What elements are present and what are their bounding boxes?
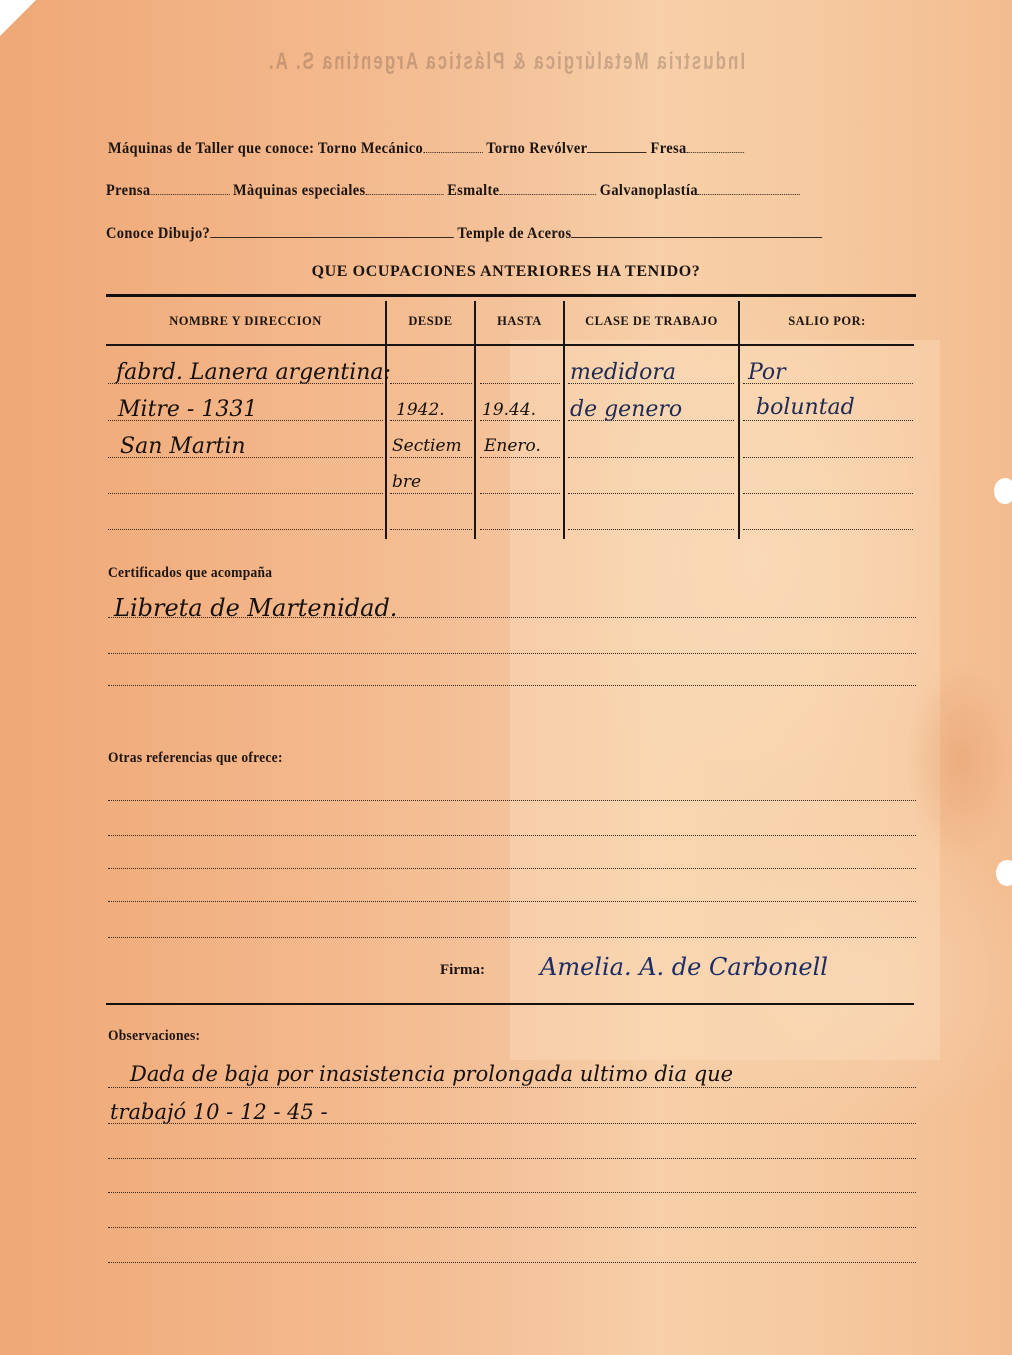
references-line[interactable] [108, 901, 916, 902]
signature-value[interactable]: Amelia. A. de Carbonell [540, 953, 828, 981]
row-line [390, 420, 472, 421]
occupation-company: fabrd. Lanera argentina: [116, 360, 391, 385]
paper-stain [905, 660, 1012, 860]
table-header-rule [106, 344, 914, 346]
row-line [480, 493, 560, 494]
observations-line [108, 1192, 916, 1193]
prensa-label: Prensa [106, 182, 150, 199]
references-line[interactable] [108, 800, 916, 801]
references-line[interactable] [108, 835, 916, 836]
ghost-mark [760, 58, 768, 86]
column-divider [474, 301, 476, 539]
column-header-hasta: HASTA [476, 314, 563, 329]
fresa-field[interactable] [687, 151, 745, 153]
row-line [108, 529, 383, 530]
row-line [108, 493, 383, 494]
torn-corner [0, 0, 36, 36]
row-line [480, 457, 560, 458]
occupation-city: San Martin [120, 434, 246, 459]
punch-hole [996, 860, 1012, 886]
row-line [390, 529, 472, 530]
galvanoplastia-field[interactable] [698, 193, 800, 195]
references-line[interactable] [108, 937, 916, 938]
column-header-nombre: NOMBRE Y DIRECCION [106, 314, 385, 329]
machines-prefix-label: Máquinas de Taller que conoce: [108, 140, 314, 157]
row-line [568, 529, 734, 530]
row-line [390, 457, 472, 458]
machines-row-2: Prensa Màquinas especiales Esmalte Galva… [106, 182, 800, 200]
certificates-line [108, 685, 916, 686]
prensa-field[interactable] [150, 193, 229, 195]
machines-row-3: Conoce Dibujo? Temple de Aceros [106, 225, 823, 243]
desde-month: Sectiem [392, 436, 462, 456]
column-divider [385, 301, 387, 539]
column-header-clase: CLASE DE TRABAJO [565, 314, 738, 329]
hasta-month: Enero. [484, 436, 541, 456]
column-header-salio: SALIO POR: [740, 314, 914, 329]
dibujo-label: Conoce Dibujo? [106, 225, 210, 242]
torno-mecanico-field[interactable] [423, 151, 483, 153]
observations-line [108, 1158, 916, 1159]
certificates-label: Certificados que acompaña [108, 565, 272, 582]
row-line [743, 529, 913, 530]
column-header-desde: DESDE [387, 314, 474, 329]
esmalte-field[interactable] [499, 193, 596, 195]
observations-line1[interactable]: Dada de baja por inasistencia prolongada… [130, 1062, 733, 1086]
esmalte-label: Esmalte [447, 182, 499, 199]
maquinas-especiales-label: Màquinas especiales [233, 182, 365, 199]
row-line [568, 457, 734, 458]
temple-field[interactable] [571, 236, 822, 238]
certificates-line [108, 617, 916, 618]
row-line [480, 529, 560, 530]
dibujo-field[interactable] [210, 236, 454, 238]
signature-rule [106, 1003, 914, 1005]
certificates-line [108, 653, 916, 654]
hasta-year: 19.44. [482, 400, 536, 420]
observations-line2[interactable]: trabajó 10 - 12 - 45 - [110, 1100, 328, 1124]
punch-hole [994, 478, 1012, 504]
paper-fold-highlight [510, 340, 940, 1060]
torno-revolver-label: Torno Revólver [486, 140, 587, 157]
row-line [743, 493, 913, 494]
desde-year: 1942. [396, 400, 445, 420]
galvanoplastia-label: Galvanoplastía [600, 182, 698, 199]
salio-por-line2: boluntad [756, 395, 855, 420]
desde-month-cont: bre [392, 472, 421, 492]
references-line[interactable] [108, 868, 916, 869]
fresa-label: Fresa [651, 140, 687, 157]
observations-line [108, 1227, 916, 1228]
maquinas-especiales-field[interactable] [365, 193, 443, 195]
row-line [743, 420, 913, 421]
occupations-heading: QUE OCUPACIONES ANTERIORES HA TENIDO? [0, 263, 1012, 281]
column-divider [738, 301, 740, 539]
clase-trabajo-line2: de genero [570, 397, 682, 422]
row-line [480, 420, 560, 421]
salio-por-line1: Por [748, 360, 786, 385]
row-line [390, 383, 472, 384]
torno-mecanico-label: Torno Mecánico [318, 140, 423, 157]
signature-label: Firma: [440, 962, 485, 979]
column-divider [563, 301, 565, 539]
occupation-address: Mitre - 1331 [118, 397, 257, 422]
torno-revolver-field[interactable] [587, 151, 647, 153]
temple-label: Temple de Aceros [457, 225, 571, 242]
row-line [390, 493, 472, 494]
clase-trabajo-line1: medidora [570, 360, 676, 385]
observations-label: Observaciones: [108, 1028, 200, 1045]
machines-row-1: Máquinas de Taller que conoce: Torno Mec… [108, 140, 744, 158]
row-line [480, 383, 560, 384]
observations-line [108, 1262, 916, 1263]
observations-line [108, 1087, 916, 1088]
letterhead-bleedthrough: Industria Metalúrgica & Plástica Argenti… [0, 48, 1012, 76]
row-line [743, 457, 913, 458]
references-label: Otras referencias que ofrece: [108, 750, 283, 767]
observations-line [108, 1123, 916, 1124]
row-line [568, 493, 734, 494]
table-top-rule [106, 294, 916, 297]
